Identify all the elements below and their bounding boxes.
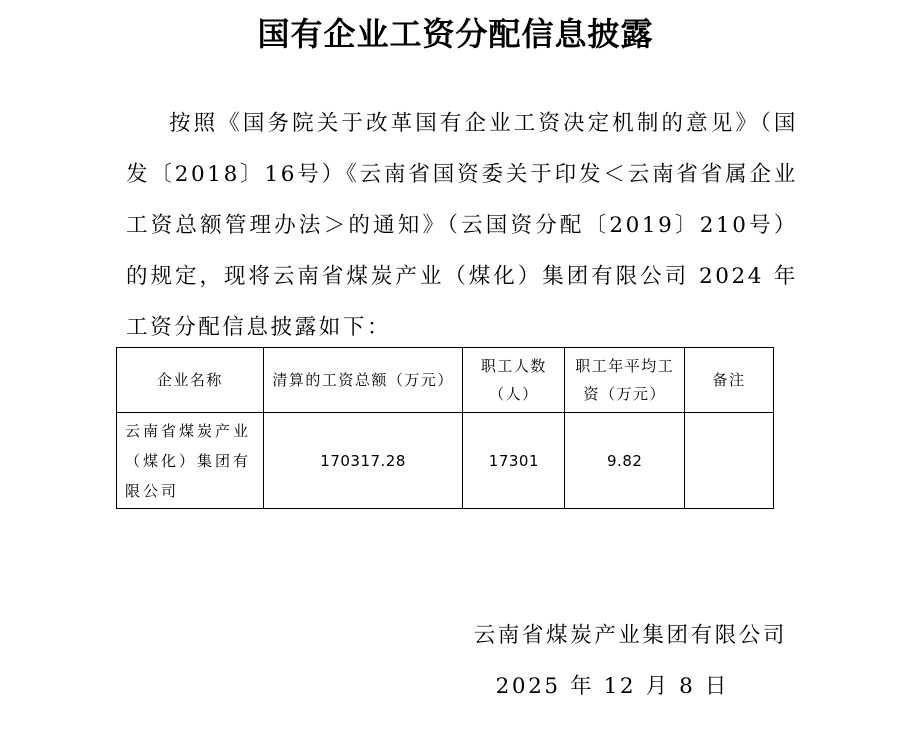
header-employee-count: 职工人数（人） <box>463 348 565 413</box>
header-average-wage: 职工年平均工资（万元） <box>565 348 685 413</box>
intro-paragraph: 按照《国务院关于改革国有企业工资决定机制的意见》（国发〔2018〕16号）《云南… <box>126 98 798 353</box>
signature-date: 2025 年 12 月 8 日 <box>496 669 729 700</box>
wage-disclosure-table: 企业名称 清算的工资总额（万元） 职工人数（人） 职工年平均工资（万元） 备注 … <box>116 347 774 509</box>
header-company-name: 企业名称 <box>117 348 264 413</box>
cell-average-wage: 9.82 <box>565 413 685 509</box>
cell-company-name: 云南省煤炭产业（煤化）集团有限公司 <box>117 413 264 509</box>
header-remark: 备注 <box>685 348 774 413</box>
cell-total-wage: 170317.28 <box>263 413 463 509</box>
signature-organization: 云南省煤炭产业集团有限公司 <box>474 618 787 649</box>
table-header-row: 企业名称 清算的工资总额（万元） 职工人数（人） 职工年平均工资（万元） 备注 <box>117 348 774 413</box>
page-title: 国有企业工资分配信息披露 <box>0 12 911 56</box>
cell-remark <box>685 413 774 509</box>
cell-employee-count: 17301 <box>463 413 565 509</box>
header-total-wage: 清算的工资总额（万元） <box>263 348 463 413</box>
table-row: 云南省煤炭产业（煤化）集团有限公司 170317.28 17301 9.82 <box>117 413 774 509</box>
